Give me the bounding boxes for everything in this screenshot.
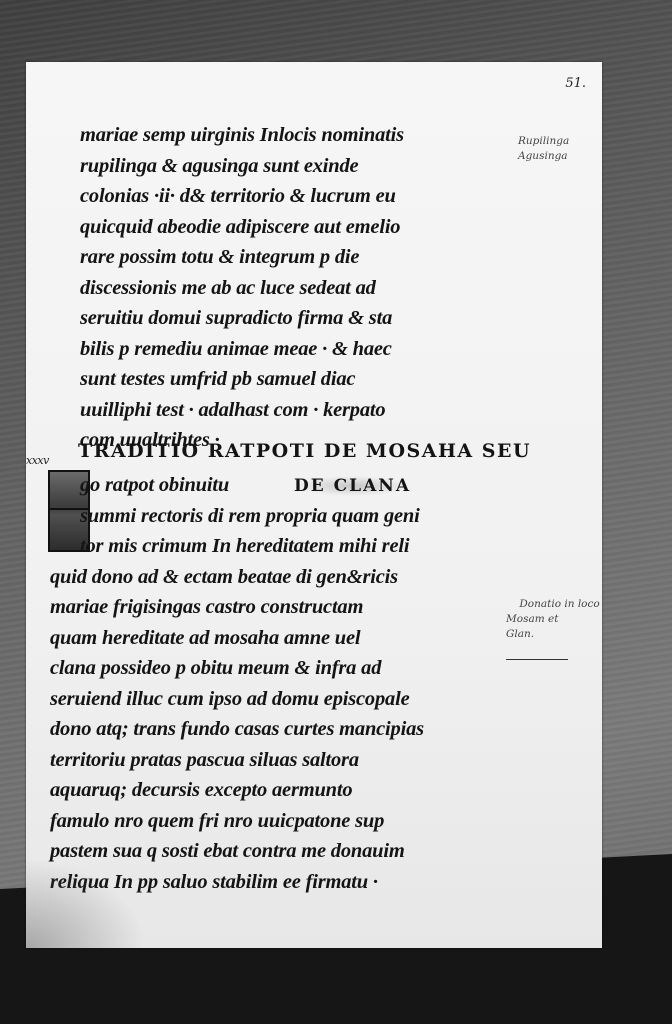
gloss-underline: [506, 659, 568, 660]
text-line: quid dono ad & ectam beatae di gen&ricis: [50, 562, 550, 593]
text-line: bilis p remediu animae meae · & haec: [80, 334, 530, 365]
body-text-block: go ratpot obinuitu DE CLANA summi rector…: [80, 470, 550, 897]
text-line: sunt testes umfrid pb samuel diac: [80, 364, 530, 395]
text-line: seruiend illuc cum ipso ad domu episcopa…: [50, 684, 550, 715]
folio-number: 51.: [565, 76, 586, 91]
text-line-content: go ratpot obinuitu: [80, 474, 229, 496]
text-line: famulo nro quem fri nro uuicpatone sup: [50, 806, 550, 837]
text-line: dono atq; trans fundo casas curtes manci…: [50, 714, 550, 745]
text-line: rare possim totu & integrum p die: [80, 242, 530, 273]
text-line: rupilinga & agusinga sunt exinde: [80, 151, 530, 182]
marginal-gloss: Donatio in loco Mosam et Glan.: [506, 582, 600, 690]
marginal-gloss: Rupilinga Agusinga: [518, 134, 569, 164]
text-line: aquaruq; decursis excepto aermunto: [50, 775, 550, 806]
section-heading: TRADITIO RATPOTI DE MOSAHA SEU: [78, 440, 531, 462]
text-line: summi rectoris di rem propria quam geni: [80, 501, 550, 532]
text-line: discessionis me ab ac luce sedeat ad: [80, 273, 530, 304]
text-line: territoriu pratas pascua siluas saltora: [50, 745, 550, 776]
manuscript-page: 51. mariae semp uirginis Inlocis nominat…: [26, 62, 602, 948]
text-line: quam hereditate ad mosaha amne uel: [50, 623, 550, 654]
text-line: reliqua In pp saluo stabilim ee firmatu …: [50, 867, 550, 898]
marginal-gloss-text: Donatio in loco Mosam et Glan.: [506, 598, 600, 640]
upper-text-block: mariae semp uirginis Inlocis nominatis r…: [80, 120, 530, 456]
rubric-heading: DE CLANA: [294, 476, 411, 496]
text-line: go ratpot obinuitu DE CLANA: [80, 470, 550, 501]
text-line: tor mis crimum In hereditatem mihi reli: [80, 531, 550, 562]
text-line: pastem sua q sosti ebat contra me donaui…: [50, 836, 550, 867]
text-line: quicquid abeodie adipiscere aut emelio: [80, 212, 530, 243]
chapter-number: xxxv: [26, 454, 49, 467]
text-line: colonias ·ii· d& territorio & lucrum eu: [80, 181, 530, 212]
text-line: seruitiu domui supradicto firma & sta: [80, 303, 530, 334]
text-line: mariae semp uirginis Inlocis nominatis: [80, 120, 530, 151]
text-line: mariae frigisingas castro constructam: [50, 592, 550, 623]
text-line: uuilliphi test · adalhast com · kerpato: [80, 395, 530, 426]
text-line: clana possideo p obitu meum & infra ad: [50, 653, 550, 684]
